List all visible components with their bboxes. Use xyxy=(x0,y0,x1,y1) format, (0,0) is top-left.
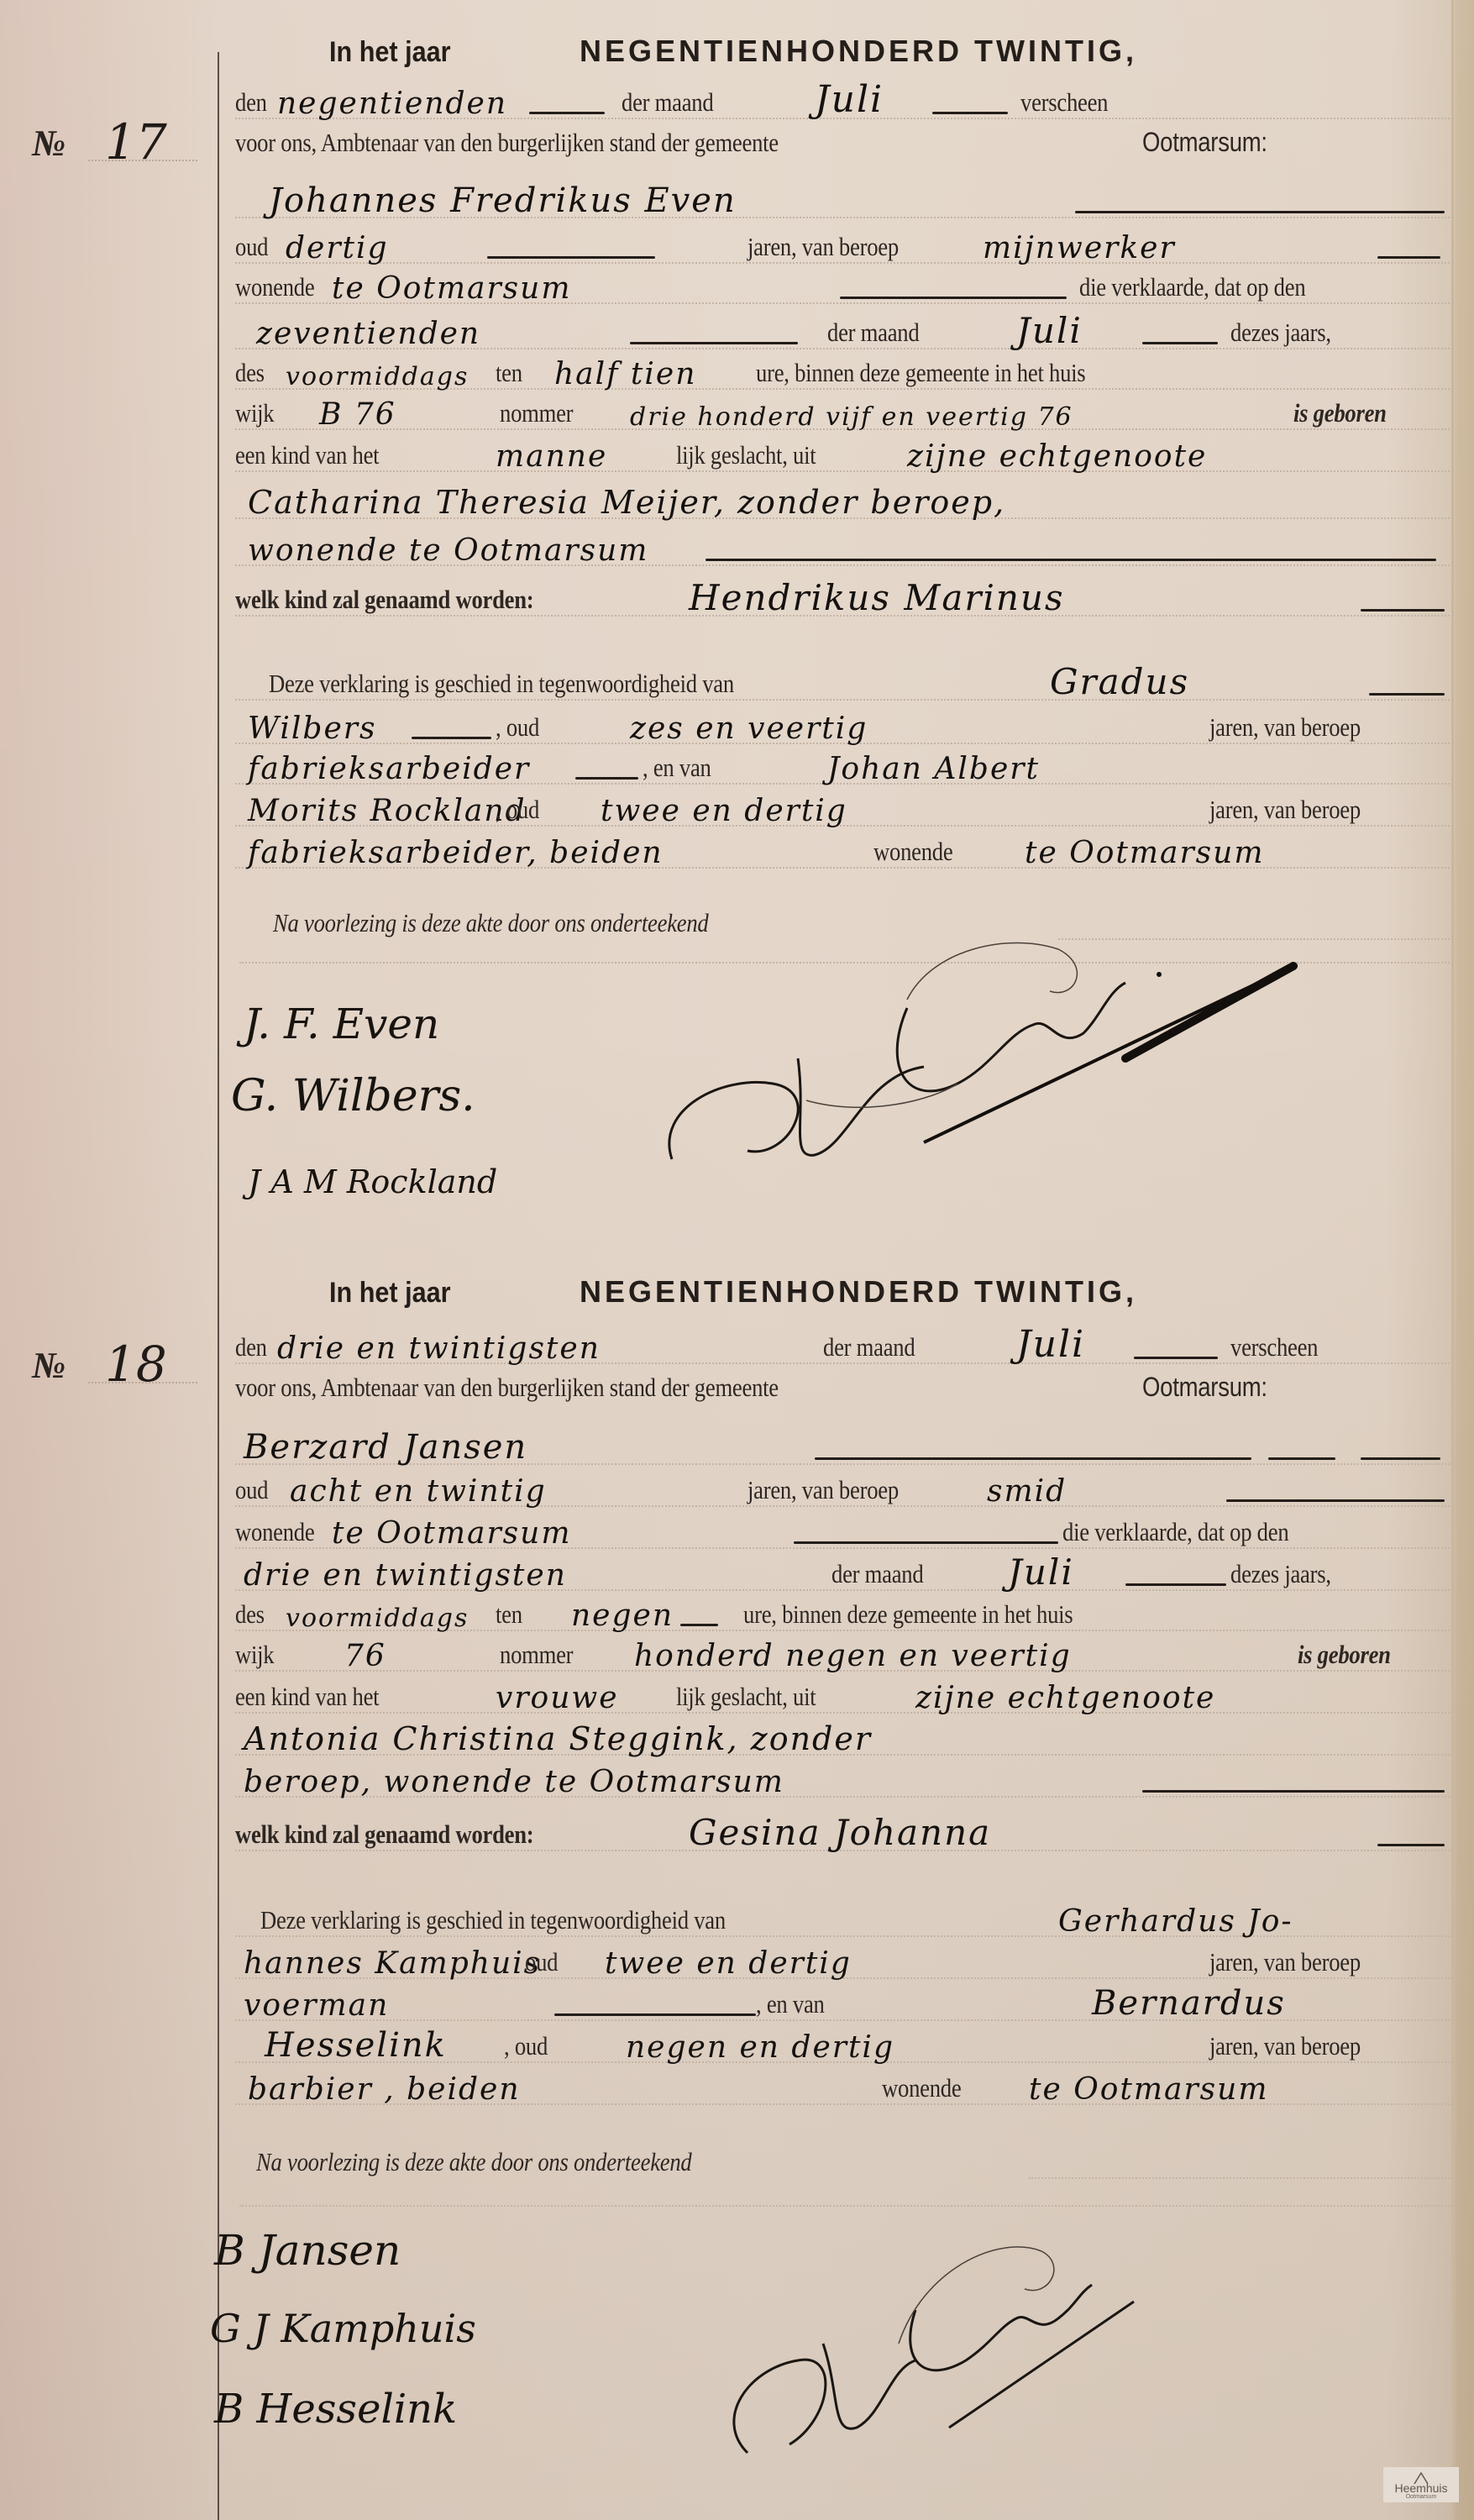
printed-text: voor ons, Ambtenaar van den burgerlijken… xyxy=(235,1373,779,1403)
handwritten-occupation: mijnwerker xyxy=(983,231,1176,265)
heemhuis-watermark: Heemhuis Ootmarsum xyxy=(1383,2467,1459,2502)
line-witness-intro: Deze verklaring is geschied in tegenwoor… xyxy=(235,664,1453,707)
handwritten-district: B 76 xyxy=(319,397,396,432)
handwritten-witness2-surname: Morits Rockland xyxy=(248,794,527,828)
handwritten-witness2-first: Bernardus xyxy=(1092,1984,1286,2023)
handwritten-mother-residence: wonende te Ootmarsum xyxy=(248,533,648,568)
handwritten-witness2-occupation: fabrieksarbeider, beiden xyxy=(248,836,664,870)
printed-text: Na voorlezing is deze akte door ons onde… xyxy=(273,908,708,938)
line-address: wijk 76 nommer honderd negen en veertig … xyxy=(235,1635,1453,1678)
printed-text: des xyxy=(235,1599,265,1630)
fill-dash xyxy=(932,112,1008,114)
signature-witness1: G J Kamphuis xyxy=(210,2306,476,2351)
handwritten-child-name: Hendrikus Marinus xyxy=(689,577,1065,618)
printed-text: oud xyxy=(235,232,268,262)
line-age-occupation: oud acht en twintig jaren, van beroep sm… xyxy=(235,1470,1453,1514)
printed-text: der maand xyxy=(827,318,919,348)
handwritten-witness2-first: Johan Albert xyxy=(827,752,1040,786)
printed-text: een kind van het xyxy=(235,1682,379,1712)
handwritten-hour: negen xyxy=(571,1599,674,1633)
handwritten-residence: te Ootmarsum xyxy=(332,1516,571,1551)
printed-text: wijk xyxy=(235,398,274,428)
handwritten-relation: zijne echtgenoote xyxy=(907,439,1207,474)
printed-text: wonende xyxy=(882,2073,961,2103)
number-mark: № xyxy=(32,122,66,165)
printed-text: ure, binnen deze gemeente in het huis xyxy=(743,1599,1073,1630)
printed-text: , oud xyxy=(504,2031,548,2061)
line-declarant: Johannes Fredrikus Even xyxy=(235,181,1453,225)
handwritten-birth-month: Juli xyxy=(1008,1551,1074,1593)
handwritten-witness1-first: Gerhardus Jo- xyxy=(1058,1904,1293,1939)
heading-lead: In het jaar xyxy=(329,1277,451,1310)
fill-dash xyxy=(794,1541,1058,1544)
printed-text: ten xyxy=(496,1599,522,1630)
line-before-us: voor ons, Ambtenaar van den burgerlijken… xyxy=(235,1368,1453,1411)
line-read-signed: Na voorlezing is deze akte door ons onde… xyxy=(235,2142,1453,2186)
line-mother-name: Catharina Theresia Meijer, zonder beroep… xyxy=(235,482,1453,526)
printed-text: oud xyxy=(525,1947,558,1977)
line-declarant: Berzard Jansen xyxy=(235,1428,1453,1472)
line-witness-intro: Deze verklaring is geschied in tegenwoor… xyxy=(235,1900,1453,1944)
line-witness2: Hesselink , oud negen en dertig jaren, v… xyxy=(235,2026,1453,2070)
fill-dash xyxy=(412,737,491,739)
fill-dash xyxy=(706,559,1436,561)
printed-text: den xyxy=(235,1332,267,1362)
line-child-name: welk kind zal genaamd worden: Gesina Joh… xyxy=(235,1814,1453,1858)
handwritten-hour: half tien xyxy=(554,357,696,391)
handwritten-witness1-occupation: fabrieksarbeider xyxy=(248,752,530,786)
dotted-rule xyxy=(1029,2177,1453,2179)
heading-year: NEGENTIENHONDERD TWINTIG, xyxy=(580,34,1137,69)
heading-year: NEGENTIENHONDERD TWINTIG, xyxy=(580,1274,1137,1310)
line-witness1: Wilbers , oud zes en veertig jaren, van … xyxy=(235,707,1453,751)
handwritten-mother-residence: beroep, wonende te Ootmarsum xyxy=(244,1765,784,1799)
municipality-name: Ootmarsum: xyxy=(1142,1372,1267,1403)
fill-dash xyxy=(840,297,1067,299)
printed-text: wonende xyxy=(873,837,952,867)
printed-text: jaren, van beroep xyxy=(747,1475,899,1505)
printed-text: Deze verklaring is geschied in tegenwoor… xyxy=(260,1905,726,1935)
printed-text: , oud xyxy=(496,712,539,743)
handwritten-witness2-age: negen en dertig xyxy=(626,2030,894,2065)
line-child-name: welk kind zal genaamd worden: Hendrikus … xyxy=(235,580,1453,623)
municipality-name: Ootmarsum: xyxy=(1142,127,1267,158)
printed-text: is geboren xyxy=(1298,1640,1391,1670)
printed-text: , en van xyxy=(643,753,711,783)
handwritten-witnesses-residence: te Ootmarsum xyxy=(1029,2072,1268,2107)
handwritten-month: Juli xyxy=(815,78,884,121)
fill-dash xyxy=(1226,1499,1445,1502)
fill-dash xyxy=(1134,1357,1218,1359)
official-signature-flourish xyxy=(655,932,1377,1201)
handwritten-witness1-surname: hannes Kamphuis xyxy=(244,1946,541,1981)
signature-father: B Jansen xyxy=(214,2226,401,2275)
fill-dash xyxy=(1125,1583,1226,1586)
printed-text: , en van xyxy=(756,1989,825,2019)
fill-dash xyxy=(1268,1457,1335,1460)
printed-text: verscheen xyxy=(1230,1332,1318,1362)
signature-witness2: J A M Rockland xyxy=(248,1163,497,1200)
number-mark: № xyxy=(32,1344,66,1387)
handwritten-witness1-occupation: voerman xyxy=(244,1988,389,2023)
printed-text: verscheen xyxy=(1020,87,1108,118)
handwritten-district: 76 xyxy=(344,1639,386,1673)
printed-text: lijk geslacht, uit xyxy=(676,1682,816,1712)
fill-dash xyxy=(554,2013,756,2016)
fill-dash xyxy=(487,256,655,259)
handwritten-daypart: voormiddags xyxy=(286,1604,469,1633)
handwritten-witnesses-residence: te Ootmarsum xyxy=(1025,836,1264,870)
handwritten-birth-day: drie en twintigsten xyxy=(244,1558,567,1593)
printed-text: , oud xyxy=(496,795,539,825)
handwritten-witness1-age: zes en veertig xyxy=(630,711,868,746)
entry-number: 18 xyxy=(105,1336,167,1393)
handwritten-witness2-age: twee en dertig xyxy=(601,794,847,828)
handwritten-residence: te Ootmarsum xyxy=(332,271,571,306)
printed-text: jaren, van beroep xyxy=(1209,2031,1361,2061)
handwritten-age: acht en twintig xyxy=(290,1474,547,1509)
printed-text: wonende xyxy=(235,1517,314,1547)
line-before-us: voor ons, Ambtenaar van den burgerlijken… xyxy=(235,123,1453,166)
handwritten-witness1-surname: Wilbers xyxy=(248,711,376,746)
dotted-rule xyxy=(235,699,1453,701)
fill-dash xyxy=(680,1624,718,1626)
printed-text: jaren, van beroep xyxy=(747,232,899,262)
handwritten-age: dertig xyxy=(286,231,389,265)
line-witness1-occ: fabrieksarbeider , en van Johan Albert xyxy=(235,748,1453,791)
fill-dash xyxy=(575,777,638,780)
entry-number: 17 xyxy=(105,113,167,171)
printed-text: is geboren xyxy=(1293,398,1387,428)
heading-line: In het jaar NEGENTIENHONDERD TWINTIG, xyxy=(235,32,1453,76)
dotted-rule xyxy=(235,262,1453,264)
dotted-rule xyxy=(235,1712,1453,1714)
handwritten-declarant-name: Johannes Fredrikus Even xyxy=(269,181,737,220)
printed-text: der maand xyxy=(823,1332,915,1362)
signature-rule xyxy=(235,2197,1453,2213)
handwritten-sex: vrouwe xyxy=(496,1681,619,1715)
handwritten-occupation: smid xyxy=(987,1474,1067,1509)
handwritten-relation: zijne echtgenoote xyxy=(915,1681,1215,1715)
fill-dash xyxy=(815,1457,1251,1460)
printed-text: Deze verklaring is geschied in tegenwoor… xyxy=(269,669,734,699)
fill-dash xyxy=(1361,1457,1440,1460)
printed-text: nommer xyxy=(500,398,573,428)
line-residence: wonende te Ootmarsum die verklaarde, dat… xyxy=(235,267,1453,311)
signature-witness2: B Hesselink xyxy=(214,2386,457,2433)
line-sex-mother: een kind van het vrouwe lijk geslacht, u… xyxy=(235,1677,1453,1720)
handwritten-mother-name: Catharina Theresia Meijer, zonder beroep… xyxy=(248,484,1005,521)
handwritten-witness1-age: twee en dertig xyxy=(605,1946,852,1981)
dotted-rule xyxy=(235,470,1453,472)
fill-dash xyxy=(529,112,605,114)
line-witness1: hannes Kamphuis oud twee en dertig jaren… xyxy=(235,1942,1453,1986)
line-residence: wonende te Ootmarsum die verklaarde, dat… xyxy=(235,1512,1453,1556)
line-age-occupation: oud dertig jaren, van beroep mijnwerker xyxy=(235,227,1453,270)
fill-dash xyxy=(1377,1844,1445,1846)
printed-text: oud xyxy=(235,1475,268,1505)
fill-dash xyxy=(1361,609,1445,612)
printed-text: der maand xyxy=(831,1559,923,1589)
printed-text: Na voorlezing is deze akte door ons onde… xyxy=(256,2147,691,2177)
printed-text: die verklaarde, dat op den xyxy=(1079,272,1305,302)
handwritten-witness1-first: Gradus xyxy=(1050,661,1189,702)
fill-dash xyxy=(1369,693,1445,696)
handwritten-month: Juli xyxy=(1016,1323,1085,1366)
printed-text: welk kind zal genaamd worden: xyxy=(235,585,533,615)
watermark-subtitle: Ootmarsum xyxy=(1383,2494,1459,2500)
fill-dash xyxy=(1142,1790,1445,1793)
line-birth-time: des voormiddags ten negen ure, binnen de… xyxy=(235,1594,1453,1638)
signature-father: J. F. Even xyxy=(244,1000,439,1048)
heading-lead: In het jaar xyxy=(329,36,451,69)
printed-text: die verklaarde, dat op den xyxy=(1062,1517,1288,1547)
fill-dash xyxy=(1377,256,1440,259)
signature-witness1: G. Wilbers. xyxy=(231,1071,475,1121)
printed-text: des xyxy=(235,358,265,388)
official-signature-flourish xyxy=(697,2234,1285,2486)
printed-text: jaren, van beroep xyxy=(1209,712,1361,743)
fill-dash xyxy=(630,342,798,344)
handwritten-witness2-surname: Hesselink xyxy=(265,2026,447,2065)
printed-text: nommer xyxy=(500,1640,573,1670)
handwritten-mother-name: Antonia Christina Steggink, zonder xyxy=(244,1720,872,1757)
handwritten-daypart: voormiddags xyxy=(286,362,469,391)
line-witness2-occ: fabrieksarbeider, beiden wonende te Ootm… xyxy=(235,832,1453,875)
handwritten-witness2-occupation: barbier , beiden xyxy=(248,2072,521,2107)
line-witness1-occ: voerman , en van Bernardus xyxy=(235,1984,1453,2028)
handwritten-birth-month: Juli xyxy=(1016,310,1083,351)
line-date-appeared: den drie en twintigsten der maand Juli v… xyxy=(235,1327,1453,1371)
line-witness2-occ: barbier , beiden wonende te Ootmarsum xyxy=(235,2068,1453,2112)
line-mother-name: Antonia Christina Steggink, zonder xyxy=(235,1719,1453,1762)
printed-text: der maand xyxy=(622,87,713,118)
printed-text: voor ons, Ambtenaar van den burgerlijken… xyxy=(235,128,779,158)
printed-text: wijk xyxy=(235,1640,274,1670)
handwritten-house-number: drie honderd vijf en veertig 76 xyxy=(630,402,1073,432)
line-birth-date: zeventienden der maand Juli dezes jaars, xyxy=(235,312,1453,356)
line-date-appeared: den negentienden der maand Juli verschee… xyxy=(235,82,1453,126)
printed-text: welk kind zal genaamd worden: xyxy=(235,1819,533,1850)
handwritten-day: negentienden xyxy=(277,87,507,121)
printed-text: ure, binnen deze gemeente in het huis xyxy=(756,358,1085,388)
handwritten-birth-day: zeventienden xyxy=(256,317,480,351)
handwritten-declarant-name: Berzard Jansen xyxy=(244,1428,527,1467)
line-sex-mother: een kind van het manne lijk geslacht, ui… xyxy=(235,435,1453,479)
fill-dash xyxy=(1142,342,1218,344)
dotted-rule xyxy=(239,2205,1453,2207)
printed-text: dezes jaars, xyxy=(1230,1559,1331,1589)
printed-text: wonende xyxy=(235,272,314,302)
line-birth-time: des voormiddags ten half tien ure, binne… xyxy=(235,353,1453,396)
margin-rule xyxy=(218,52,219,2520)
fill-dash xyxy=(1075,211,1445,213)
line-witness2: Morits Rockland , oud twee en dertig jar… xyxy=(235,790,1453,833)
printed-text: een kind van het xyxy=(235,440,379,470)
printed-text: ten xyxy=(496,358,522,388)
watermark-name: Heemhuis xyxy=(1383,2481,1459,2495)
handwritten-house-number: honderd negen en veertig xyxy=(634,1639,1072,1673)
line-mother-residence: beroep, wonende te Ootmarsum xyxy=(235,1761,1453,1804)
handwritten-sex: manne xyxy=(496,439,607,474)
heading-line: In het jaar NEGENTIENHONDERD TWINTIG, xyxy=(235,1273,1453,1316)
printed-text: jaren, van beroep xyxy=(1209,795,1361,825)
handwritten-child-name: Gesina Johanna xyxy=(689,1812,991,1853)
line-mother-residence: wonende te Ootmarsum xyxy=(235,529,1453,573)
handwritten-day: drie en twintigsten xyxy=(277,1331,601,1366)
printed-text: lijk geslacht, uit xyxy=(676,440,816,470)
printed-text: jaren, van beroep xyxy=(1209,1947,1361,1977)
printed-text: den xyxy=(235,87,267,118)
printed-text: dezes jaars, xyxy=(1230,318,1331,348)
line-address: wijk B 76 nommer drie honderd vijf en ve… xyxy=(235,393,1453,437)
line-birth-date: drie en twintigsten der maand Juli dezes… xyxy=(235,1554,1453,1598)
